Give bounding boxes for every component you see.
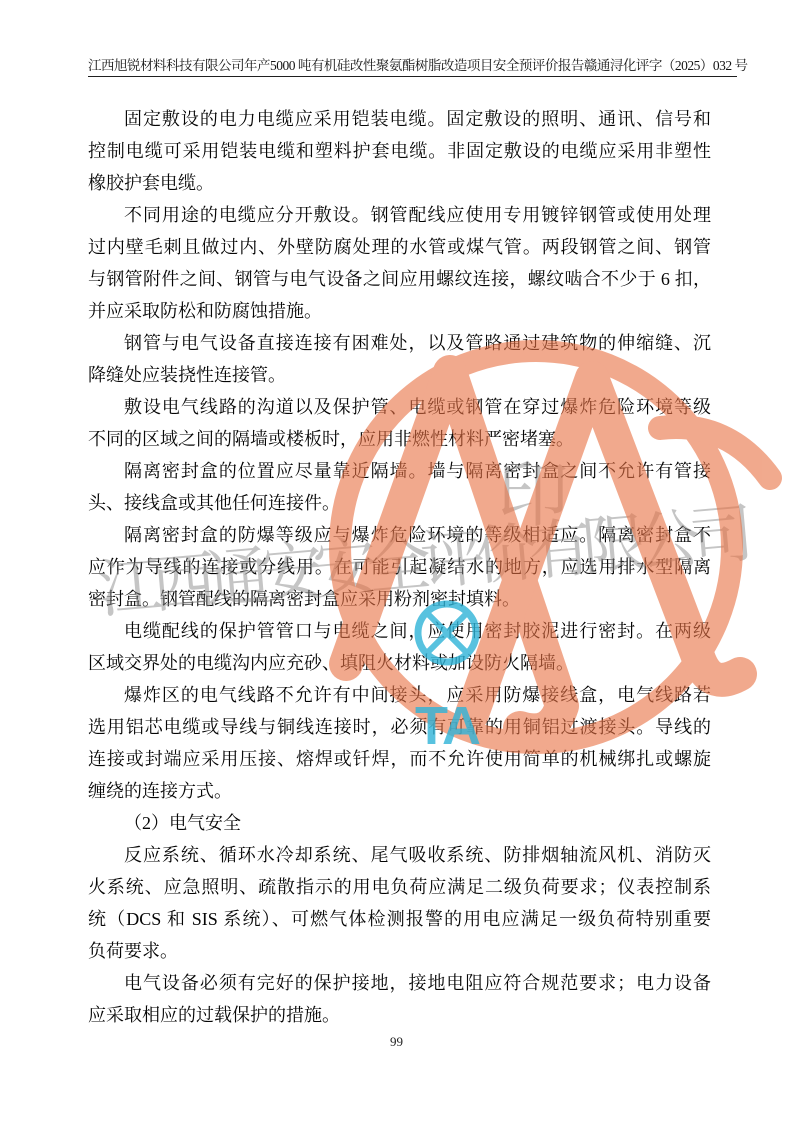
- text-line: 应采取相应的过载保护的措施。: [88, 999, 711, 1031]
- text-line: 控制电缆可采用铠装电缆和塑料护套电缆。非固定敷设的电缆应采用非塑性: [88, 135, 711, 167]
- text-line: 橡胶护套电缆。: [88, 167, 711, 199]
- text-line: 负荷要求。: [88, 935, 711, 967]
- header-report-title: 江西旭锐材料科技有限公司年产5000 吨有机硅改性聚氨酯树脂改造项目安全预评价报…: [88, 54, 584, 74]
- text-line: 隔离密封盒的防爆等级应与爆炸危险环境的等级相适应。隔离密封盒不: [88, 519, 711, 551]
- document-page: 江西旭锐材料科技有限公司年产5000 吨有机硅改性聚氨酯树脂改造项目安全预评价报…: [0, 0, 793, 1122]
- text-line: 应作为导线的连接或分线用。在可能引起凝结水的地方，应选用排水型隔离: [88, 551, 711, 583]
- text-line: 缠绕的连接方式。: [88, 775, 711, 807]
- text-line: 不同的区域之间的隔墙或楼板时，应用非燃性材料严密堵塞。: [88, 423, 711, 455]
- text-line: 反应系统、循环水冷却系统、尾气吸收系统、防排烟轴流风机、消防灭: [88, 839, 711, 871]
- text-line: 连接或封端应采用压接、熔焊或钎焊，而不允许使用简单的机械绑扎或螺旋: [88, 743, 711, 775]
- header-doc-number: 赣通浔化评字（2025）032 号: [584, 54, 748, 74]
- text-line: 敷设电气线路的沟道以及保护管、电缆或钢管在穿过爆炸危险环境等级: [88, 391, 711, 423]
- text-line: 火系统、应急照明、疏散指示的用电负荷应满足二级负荷要求；仪表控制系: [88, 871, 711, 903]
- text-line: 固定敷设的电力电缆应采用铠装电缆。固定敷设的照明、通讯、信号和: [88, 103, 711, 135]
- page-number: 99: [0, 1034, 793, 1050]
- page-header: 江西旭锐材料科技有限公司年产5000 吨有机硅改性聚氨酯树脂改造项目安全预评价报…: [88, 54, 737, 74]
- text-line: 降缝处应装挠性连接管。: [88, 359, 711, 391]
- text-line: 选用铝芯电缆或导线与铜线连接时，必须有可靠的用铜铝过渡接头。导线的: [88, 711, 711, 743]
- text-line: 爆炸区的电气线路不允许有中间接头，应采用防爆接线盒，电气线路若: [88, 679, 711, 711]
- text-line: 过内壁毛刺且做过内、外壁防腐处理的水管或煤气管。两段钢管之间、钢管: [88, 231, 711, 263]
- text-line: 不同用途的电缆应分开敷设。钢管配线应使用专用镀锌钢管或使用处理: [88, 199, 711, 231]
- section-heading: （2）电气安全: [88, 807, 711, 839]
- text-line: 与钢管附件之间、钢管与电气设备之间应用螺纹连接，螺纹啮合不少于 6 扣，: [88, 263, 711, 295]
- document-text: 固定敷设的电力电缆应采用铠装电缆。固定敷设的照明、通讯、信号和 控制电缆可采用铠…: [88, 103, 711, 1031]
- header-divider: [88, 76, 737, 77]
- text-line: 头、接线盒或其他任何连接件。: [88, 487, 711, 519]
- text-line: 电缆配线的保护管管口与电缆之间，应使用密封胶泥进行密封。在两级: [88, 615, 711, 647]
- text-line: 统（DCS 和 SIS 系统）、可燃气体检测报警的用电应满足一级负荷特别重要: [88, 903, 711, 935]
- text-line: 电气设备必须有完好的保护接地，接地电阻应符合规范要求；电力设备: [88, 967, 711, 999]
- text-line: 区域交界处的电缆沟内应充砂、填阻火材料或加设防火隔墙。: [88, 647, 711, 679]
- text-line: 密封盒。钢管配线的隔离密封盒应采用粉剂密封填料。: [88, 583, 711, 615]
- text-line: 钢管与电气设备直接连接有困难处，以及管路通过建筑物的伸缩缝、沉: [88, 327, 711, 359]
- text-line: 并应采取防松和防腐蚀措施。: [88, 295, 711, 327]
- text-line: 隔离密封盒的位置应尽量靠近隔墙。墙与隔离密封盒之间不允许有管接: [88, 455, 711, 487]
